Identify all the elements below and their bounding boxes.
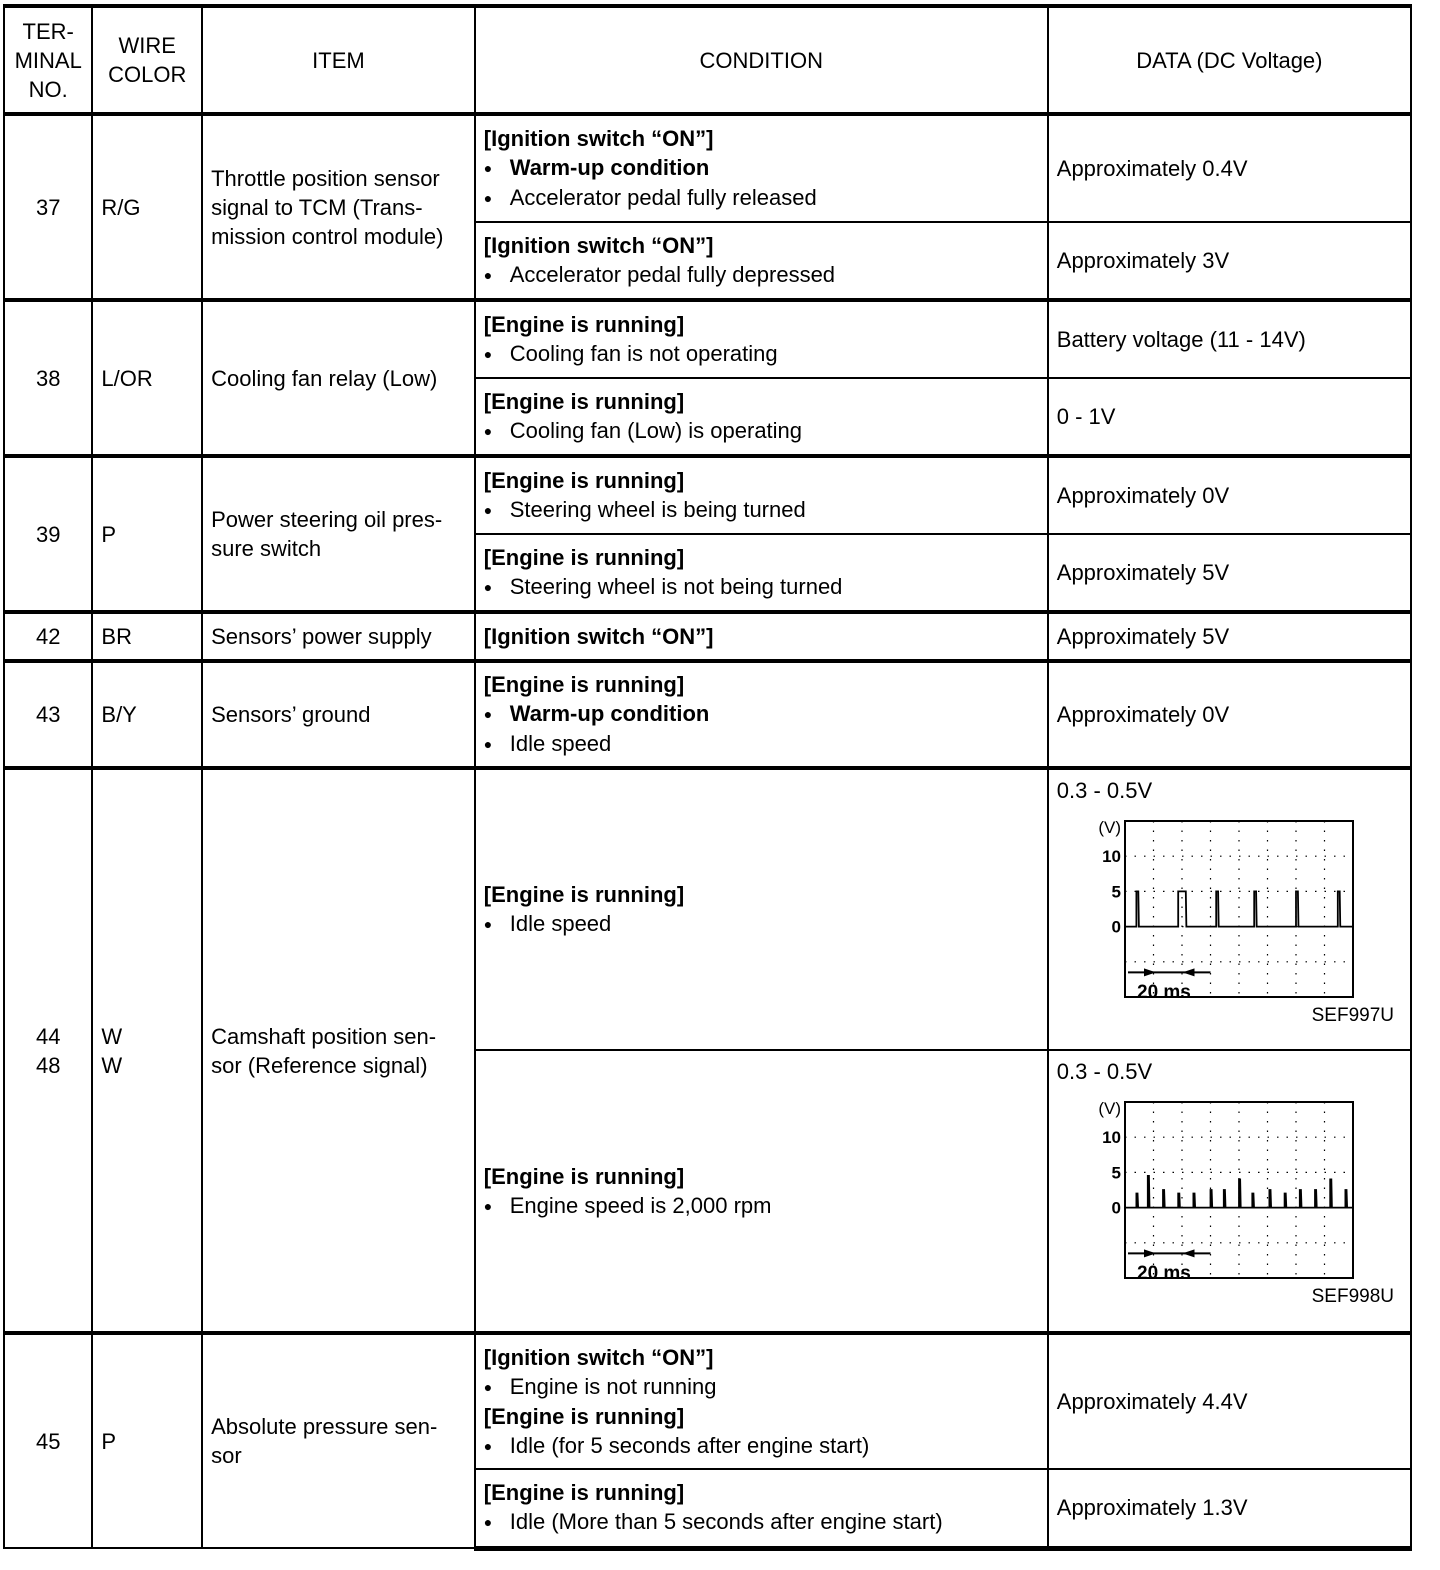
condition-bullet: Steering wheel is being turned (484, 495, 1039, 525)
data-voltage-cell: Approximately 0V (1048, 456, 1411, 534)
condition-cell: [Ignition switch “ON”]Warm-up conditionA… (475, 114, 1048, 222)
header-line: COLOR (101, 60, 193, 89)
condition-bullet: Idle speed (484, 729, 1039, 759)
terminal-number-cell: 43 (4, 661, 92, 768)
terminal-number: 42 (36, 624, 60, 649)
terminal-number: 37 (36, 195, 60, 220)
table-body: 37R/GThrottle position sensor signal to … (4, 114, 1411, 1548)
item-cell: Cooling fan relay (Low) (202, 300, 475, 456)
table-row: 45PAbsolute pressure sen-sor[Ignition sw… (4, 1333, 1411, 1469)
condition-bullet: Idle (More than 5 seconds after engine s… (484, 1507, 1039, 1537)
item-description: Sensors’ power supply (211, 624, 432, 649)
voltage-value: Approximately 4.4V (1057, 1389, 1248, 1414)
item-cell: Camshaft position sen-sor (Reference sig… (202, 768, 475, 1333)
wire-color: P (101, 522, 116, 547)
terminal-number-cell: 39 (4, 456, 92, 612)
condition-heading: [Ignition switch “ON”] (484, 1343, 1039, 1372)
data-voltage-cell: Approximately 0V (1048, 661, 1411, 768)
svg-text:10: 10 (1102, 847, 1121, 866)
terminal-number-cell: 4448 (4, 768, 92, 1333)
condition-cell: [Engine is running]Idle (More than 5 sec… (475, 1469, 1048, 1548)
figure-code: SEF997U (1057, 1001, 1394, 1030)
data-voltage-cell: Approximately 5V (1048, 534, 1411, 612)
table-row: 42BRSensors’ power supply[Ignition switc… (4, 612, 1411, 661)
item-cell: Sensors’ ground (202, 661, 475, 768)
condition-heading: [Ignition switch “ON”] (484, 231, 1039, 260)
terminal-number-cell: 45 (4, 1333, 92, 1548)
item-description: Sensors’ ground (211, 702, 370, 727)
oscilloscope-waveform-chart: (V)105020 ms (1087, 1090, 1361, 1280)
svg-text:0: 0 (1111, 918, 1120, 937)
condition-cell: [Ignition switch “ON”]Engine is not runn… (475, 1333, 1048, 1469)
terminal-number: 48 (13, 1051, 83, 1080)
wire-color-cell: P (92, 456, 202, 612)
table-row: 43B/YSensors’ ground[Engine is running]W… (4, 661, 1411, 768)
condition-heading: [Engine is running] (484, 1478, 1039, 1507)
table-row: 39PPower steering oil pres-sure switch[E… (4, 456, 1411, 534)
svg-text:20 ms: 20 ms (1137, 1263, 1191, 1280)
terminal-number-cell: 37 (4, 114, 92, 300)
data-voltage-cell: Approximately 4.4V (1048, 1333, 1411, 1469)
condition-heading: [Engine is running] (484, 543, 1039, 572)
wire-color-cell: WW (92, 768, 202, 1333)
svg-text:0: 0 (1111, 1199, 1120, 1218)
wire-color-cell: B/Y (92, 661, 202, 768)
condition-bullet: Idle (for 5 seconds after engine start) (484, 1431, 1039, 1461)
voltage-value: Approximately 5V (1057, 560, 1229, 585)
item-description: Cooling fan relay (Low) (211, 366, 437, 391)
item-description: Power steering oil pres-sure switch (211, 507, 442, 561)
voltage-value: Approximately 0.4V (1057, 156, 1248, 181)
svg-text:20 ms: 20 ms (1137, 982, 1191, 999)
wire-color: BR (101, 624, 132, 649)
condition-bullet: Idle speed (484, 909, 1039, 939)
terminal-number: 38 (36, 366, 60, 391)
waveform-figure: 0.3 - 0.5V(V)105020 msSEF997U (1057, 770, 1402, 1030)
condition-cell: [Engine is running]Cooling fan is not op… (475, 300, 1048, 378)
wire-color: W (101, 1022, 193, 1051)
condition-cell: [Ignition switch “ON”]Accelerator pedal … (475, 222, 1048, 300)
svg-text:10: 10 (1102, 1128, 1121, 1147)
condition-bullet: Accelerator pedal fully released (484, 183, 1039, 213)
item-description: Camshaft position sen-sor (Reference sig… (211, 1024, 436, 1078)
data-voltage-cell: Approximately 1.3V (1048, 1469, 1411, 1548)
header-terminal-no: TER-MINALNO. (4, 6, 92, 114)
header-line: MINAL (13, 46, 83, 75)
condition-heading: [Engine is running] (484, 1162, 1039, 1191)
header-data: DATA (DC Voltage) (1048, 6, 1411, 114)
svg-text:5: 5 (1111, 882, 1120, 901)
terminal-data-table: TER-MINALNO. WIRECOLOR ITEM CONDITION DA… (3, 4, 1412, 1551)
svg-text:5: 5 (1111, 1163, 1120, 1182)
header-item: ITEM (202, 6, 475, 114)
voltage-value: Approximately 3V (1057, 248, 1229, 273)
terminal-number: 43 (36, 702, 60, 727)
condition-cell: [Ignition switch “ON”] (475, 612, 1048, 661)
condition-cell: [Engine is running]Steering wheel is bei… (475, 456, 1048, 534)
table-header-row: TER-MINALNO. WIRECOLOR ITEM CONDITION DA… (4, 6, 1411, 114)
voltage-range: 0.3 - 0.5V (1057, 1057, 1402, 1086)
condition-bullet: Accelerator pedal fully depressed (484, 260, 1039, 290)
voltage-range: 0.3 - 0.5V (1057, 776, 1402, 805)
condition-heading: [Engine is running] (484, 670, 1039, 699)
condition-heading: [Engine is running] (484, 466, 1039, 495)
condition-bullet: Cooling fan is not operating (484, 339, 1039, 369)
wire-color: L/OR (101, 366, 152, 391)
data-voltage-cell: 0 - 1V (1048, 378, 1411, 456)
table-row: 37R/GThrottle position sensor signal to … (4, 114, 1411, 222)
terminal-number-cell: 42 (4, 612, 92, 661)
condition-heading: [Ignition switch “ON”] (484, 622, 1039, 651)
condition-heading: [Ignition switch “ON”] (484, 124, 1039, 153)
wire-color-cell: BR (92, 612, 202, 661)
condition-cell: [Engine is running]Steering wheel is not… (475, 534, 1048, 612)
wire-color: W (101, 1051, 193, 1080)
terminal-number: 45 (36, 1429, 60, 1454)
header-line: NO. (13, 75, 83, 104)
item-cell: Absolute pressure sen-sor (202, 1333, 475, 1548)
voltage-value: Approximately 1.3V (1057, 1495, 1248, 1520)
item-cell: Throttle position sensor signal to TCM (… (202, 114, 475, 300)
svg-text:(V): (V) (1098, 818, 1121, 837)
wire-color-cell: R/G (92, 114, 202, 300)
voltage-value: Approximately 0V (1057, 483, 1229, 508)
header-line: WIRE (101, 31, 193, 60)
voltage-value: Battery voltage (11 - 14V) (1057, 327, 1306, 352)
header-condition: CONDITION (475, 6, 1048, 114)
data-voltage-cell: Approximately 3V (1048, 222, 1411, 300)
condition-bullet: Cooling fan (Low) is operating (484, 416, 1039, 446)
data-voltage-cell: 0.3 - 0.5V(V)105020 msSEF997U (1048, 768, 1411, 1050)
condition-heading: [Engine is running] (484, 310, 1039, 339)
condition-bullet: Steering wheel is not being turned (484, 572, 1039, 602)
condition-heading: [Engine is running] (484, 880, 1039, 909)
condition-cell: [Engine is running]Cooling fan (Low) is … (475, 378, 1048, 456)
condition-cell: [Engine is running]Engine speed is 2,000… (475, 1050, 1048, 1333)
condition-bullet: Warm-up condition (484, 153, 1039, 183)
wire-color: B/Y (101, 702, 136, 727)
terminal-number-cell: 38 (4, 300, 92, 456)
item-description: Absolute pressure sen-sor (211, 1414, 437, 1468)
oscilloscope-waveform-chart: (V)105020 ms (1087, 809, 1361, 999)
condition-cell: [Engine is running]Warm-up conditionIdle… (475, 661, 1048, 768)
header-wire-color: WIRECOLOR (92, 6, 202, 114)
header-line: TER- (13, 17, 83, 46)
condition-bullet: Engine speed is 2,000 rpm (484, 1191, 1039, 1221)
item-cell: Sensors’ power supply (202, 612, 475, 661)
table-row: 38L/ORCooling fan relay (Low)[Engine is … (4, 300, 1411, 378)
wire-color-cell: P (92, 1333, 202, 1548)
wire-color: R/G (101, 195, 140, 220)
condition-heading: [Engine is running] (484, 1402, 1039, 1431)
voltage-value: Approximately 5V (1057, 624, 1229, 649)
wire-color: P (101, 1429, 116, 1454)
table-row: 4448WWCamshaft position sen-sor (Referen… (4, 768, 1411, 1050)
condition-cell: [Engine is running]Idle speed (475, 768, 1048, 1050)
figure-code: SEF998U (1057, 1282, 1394, 1311)
data-voltage-cell: 0.3 - 0.5V(V)105020 msSEF998U (1048, 1050, 1411, 1333)
waveform-figure: 0.3 - 0.5V(V)105020 msSEF998U (1057, 1051, 1402, 1311)
condition-heading: [Engine is running] (484, 387, 1039, 416)
item-description: Throttle position sensor signal to TCM (… (211, 166, 443, 249)
data-voltage-cell: Approximately 0.4V (1048, 114, 1411, 222)
terminal-number: 44 (13, 1022, 83, 1051)
condition-bullet: Engine is not running (484, 1372, 1039, 1402)
svg-text:(V): (V) (1098, 1099, 1121, 1118)
terminal-number: 39 (36, 522, 60, 547)
voltage-value: 0 - 1V (1057, 404, 1116, 429)
wire-color-cell: L/OR (92, 300, 202, 456)
data-voltage-cell: Approximately 5V (1048, 612, 1411, 661)
condition-bullet: Warm-up condition (484, 699, 1039, 729)
voltage-value: Approximately 0V (1057, 702, 1229, 727)
item-cell: Power steering oil pres-sure switch (202, 456, 475, 612)
data-voltage-cell: Battery voltage (11 - 14V) (1048, 300, 1411, 378)
